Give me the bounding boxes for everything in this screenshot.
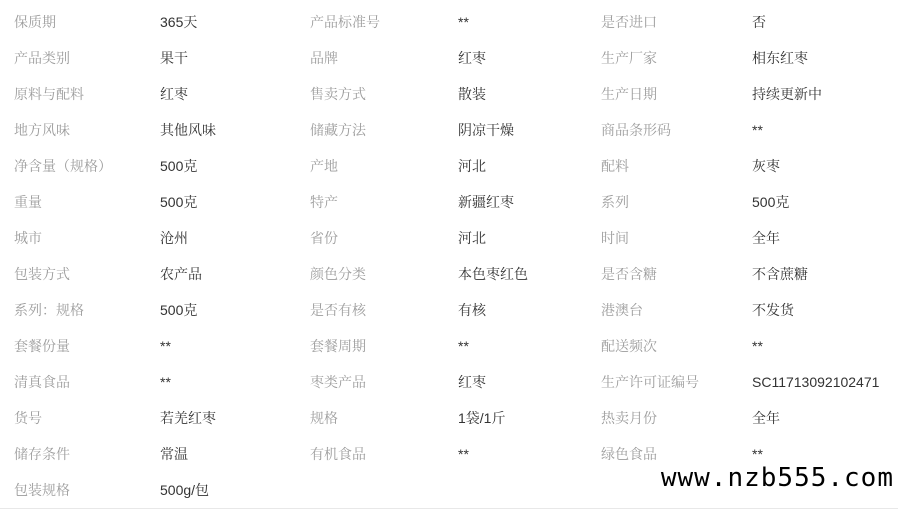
- spec-value: 全年: [752, 228, 780, 248]
- spec-value: 否: [752, 12, 766, 32]
- spec-label: 保质期: [14, 12, 160, 32]
- spec-row: 是否含糖 不含蔗糖: [587, 256, 898, 292]
- spec-label: 系列: [601, 192, 752, 212]
- spec-row: 货号 若羌红枣: [0, 400, 296, 436]
- spec-row: 特产 新疆红枣: [296, 184, 587, 220]
- spec-label: 包装规格: [14, 480, 160, 500]
- spec-row: 系列 500克: [587, 184, 898, 220]
- spec-row: 系列：规格 500克: [0, 292, 296, 328]
- spec-row: 净含量（规格） 500克: [0, 148, 296, 184]
- spec-label: 港澳台: [601, 300, 752, 320]
- spec-row: 产品标准号 **: [296, 4, 587, 40]
- spec-value: 农产品: [160, 264, 202, 284]
- spec-row: 产品类别 果干: [0, 40, 296, 76]
- spec-label: 生产厂家: [601, 48, 752, 68]
- spec-value: 常温: [160, 444, 188, 464]
- spec-label: 品牌: [310, 48, 458, 68]
- spec-label: 产品标准号: [310, 12, 458, 32]
- spec-value: 若羌红枣: [160, 408, 216, 428]
- spec-value: 不含蔗糖: [752, 264, 808, 284]
- spec-label: 包装方式: [14, 264, 160, 284]
- spec-label: 产品类别: [14, 48, 160, 68]
- spec-value: 果干: [160, 48, 188, 68]
- spec-row: 包装方式 农产品: [0, 256, 296, 292]
- spec-label: 地方风味: [14, 120, 160, 140]
- spec-label: 特产: [310, 192, 458, 212]
- spec-label: 重量: [14, 192, 160, 212]
- spec-row: 地方风味 其他风味: [0, 112, 296, 148]
- spec-value: 有核: [458, 300, 486, 320]
- spec-row: 是否进口 否: [587, 4, 898, 40]
- spec-value: SC11713092102471: [752, 374, 879, 390]
- spec-value: 沧州: [160, 228, 188, 248]
- spec-label: 时间: [601, 228, 752, 248]
- spec-value: 1袋/1斤: [458, 408, 505, 428]
- spec-value: 红枣: [160, 84, 188, 104]
- spec-row: 清真食品 **: [0, 364, 296, 400]
- spec-label: 生产日期: [601, 84, 752, 104]
- spec-row: 是否有核 有核: [296, 292, 587, 328]
- spec-row: 配料 灰枣: [587, 148, 898, 184]
- spec-row: 颜色分类 本色枣红色: [296, 256, 587, 292]
- spec-label: 货号: [14, 408, 160, 428]
- spec-value: 365天: [160, 12, 197, 32]
- spec-label: 原料与配料: [14, 84, 160, 104]
- spec-value: 500g/包: [160, 480, 209, 500]
- spec-label: 产地: [310, 156, 458, 176]
- spec-label: 热卖月份: [601, 408, 752, 428]
- spec-value: 新疆红枣: [458, 192, 514, 212]
- spec-label: 绿色食品: [601, 444, 752, 464]
- spec-value: 散装: [458, 84, 486, 104]
- spec-label: 颜色分类: [310, 264, 458, 284]
- spec-label: 是否进口: [601, 12, 752, 32]
- spec-row: 产地 河北: [296, 148, 587, 184]
- spec-row: 热卖月份 全年: [587, 400, 898, 436]
- spec-value: **: [752, 446, 763, 462]
- spec-label: 储存条件: [14, 444, 160, 464]
- spec-value: 灰枣: [752, 156, 780, 176]
- spec-column-3: 是否进口 否 生产厂家 相东红枣 生产日期 持续更新中 商品条形码 ** 配料 …: [587, 4, 898, 508]
- spec-value: **: [458, 446, 469, 462]
- spec-row: 重量 500克: [0, 184, 296, 220]
- spec-label: 是否含糖: [601, 264, 752, 284]
- spec-row: 枣类产品 红枣: [296, 364, 587, 400]
- spec-row: 有机食品 **: [296, 436, 587, 472]
- spec-row: 品牌 红枣: [296, 40, 587, 76]
- spec-label: 售卖方式: [310, 84, 458, 104]
- spec-row: 港澳台 不发货: [587, 292, 898, 328]
- spec-row: 城市 沧州: [0, 220, 296, 256]
- spec-value: **: [752, 338, 763, 354]
- spec-label: 配料: [601, 156, 752, 176]
- spec-label: 有机食品: [310, 444, 458, 464]
- spec-value: **: [160, 374, 171, 390]
- spec-row: 生产厂家 相东红枣: [587, 40, 898, 76]
- spec-value: 相东红枣: [752, 48, 808, 68]
- spec-value: 500克: [752, 192, 789, 212]
- spec-value: 河北: [458, 156, 486, 176]
- spec-label: 生产许可证编号: [601, 372, 752, 392]
- spec-row: 包装规格 500g/包: [0, 472, 296, 508]
- spec-value: **: [752, 122, 763, 138]
- spec-column-1: 保质期 365天 产品类别 果干 原料与配料 红枣 地方风味 其他风味 净含量（…: [0, 4, 296, 508]
- spec-row: 套餐周期 **: [296, 328, 587, 364]
- product-spec-table: 保质期 365天 产品类别 果干 原料与配料 红枣 地方风味 其他风味 净含量（…: [0, 0, 898, 509]
- spec-value: 500克: [160, 300, 197, 320]
- spec-value: 河北: [458, 228, 486, 248]
- spec-value: **: [458, 338, 469, 354]
- spec-label: 配送频次: [601, 336, 752, 356]
- spec-row: 储藏方法 阴凉干燥: [296, 112, 587, 148]
- spec-row: 储存条件 常温: [0, 436, 296, 472]
- spec-row: 保质期 365天: [0, 4, 296, 40]
- spec-value: **: [458, 14, 469, 30]
- spec-row: 配送频次 **: [587, 328, 898, 364]
- spec-label: 商品条形码: [601, 120, 752, 140]
- spec-label: 套餐份量: [14, 336, 160, 356]
- spec-label: 系列：规格: [14, 300, 160, 320]
- spec-label: 净含量（规格）: [14, 156, 160, 176]
- spec-column-2: 产品标准号 ** 品牌 红枣 售卖方式 散装 储藏方法 阴凉干燥 产地 河北 特…: [296, 4, 587, 508]
- spec-value: 不发货: [752, 300, 794, 320]
- spec-value: 500克: [160, 192, 197, 212]
- spec-row: 商品条形码 **: [587, 112, 898, 148]
- spec-label: 清真食品: [14, 372, 160, 392]
- spec-row: 生产许可证编号 SC11713092102471: [587, 364, 898, 400]
- spec-value: 本色枣红色: [458, 264, 528, 284]
- spec-label: 枣类产品: [310, 372, 458, 392]
- spec-row: 原料与配料 红枣: [0, 76, 296, 112]
- spec-label: 储藏方法: [310, 120, 458, 140]
- spec-value: 其他风味: [160, 120, 216, 140]
- spec-row: 套餐份量 **: [0, 328, 296, 364]
- spec-value: 红枣: [458, 48, 486, 68]
- watermark: www.nzb555.com: [661, 463, 894, 493]
- spec-label: 是否有核: [310, 300, 458, 320]
- spec-value: 全年: [752, 408, 780, 428]
- spec-row: 售卖方式 散装: [296, 76, 587, 112]
- spec-row: 规格 1袋/1斤: [296, 400, 587, 436]
- spec-value: **: [160, 338, 171, 354]
- spec-row: 生产日期 持续更新中: [587, 76, 898, 112]
- spec-value: 红枣: [458, 372, 486, 392]
- spec-label: 省份: [310, 228, 458, 248]
- spec-row: 省份 河北: [296, 220, 587, 256]
- spec-label: 规格: [310, 408, 458, 428]
- spec-row: 时间 全年: [587, 220, 898, 256]
- spec-label: 套餐周期: [310, 336, 458, 356]
- spec-value: 阴凉干燥: [458, 120, 514, 140]
- spec-label: 城市: [14, 228, 160, 248]
- spec-value: 持续更新中: [752, 84, 822, 104]
- spec-value: 500克: [160, 156, 197, 176]
